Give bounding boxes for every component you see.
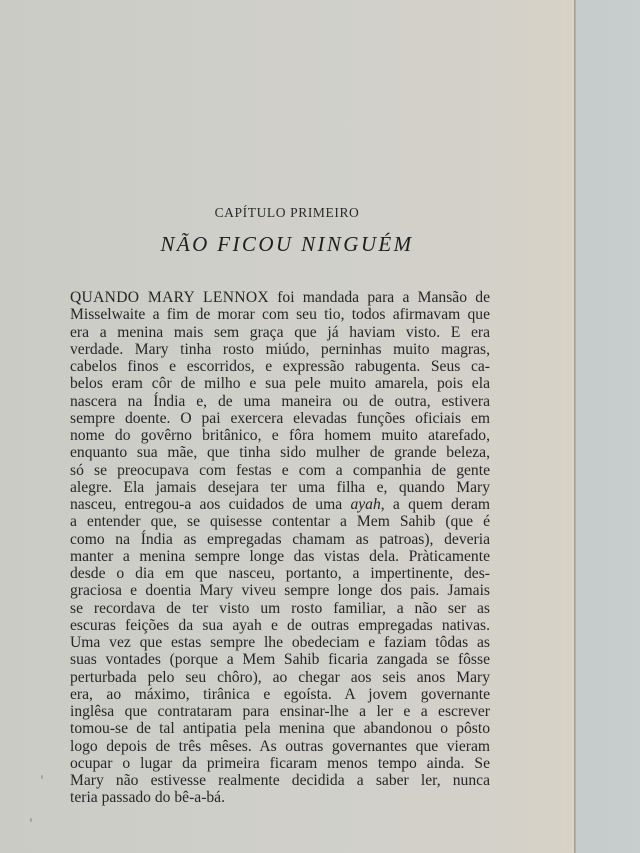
text-line: logo depois de três mêses. As outras gov… (70, 738, 490, 755)
text-line: QUANDO MARY LENNOX foi mandada para a Ma… (70, 289, 490, 306)
text-line: inglêsa que contrataram para ensinar-lhe… (70, 703, 490, 720)
paper-speck (30, 818, 32, 822)
text-line: era a menina mais sem graça que já havia… (70, 324, 490, 341)
text-line: verdade. Mary tinha rosto miúdo, perninh… (70, 341, 490, 358)
text-line: desde o dia em que nasceu, portanto, a i… (70, 565, 490, 582)
chapter-label: CAPÍTULO PRIMEIRO (0, 205, 574, 221)
italic-word-ayah: ayah (350, 496, 380, 513)
text-line: cabelos finos e escorridos, e expressão … (70, 358, 490, 375)
paper-speck (41, 775, 43, 779)
text-line: enquanto sua mãe, que tinha sido mulher … (70, 444, 490, 461)
text-line: só se preocupava com festas e com a comp… (70, 462, 490, 479)
text-line: como na Índia as empregadas chamam as pa… (70, 531, 490, 548)
adjacent-page-edge (576, 0, 640, 853)
text-line: sempre doente. O pai exercera elevadas f… (70, 410, 490, 427)
book-page: CAPÍTULO PRIMEIRO NÃO FICOU NINGUÉM QUAN… (0, 0, 574, 853)
opening-small-caps: QUANDO MARY LENNOX (70, 289, 269, 306)
text-line: a entender que, se quisesse contentar a … (70, 513, 490, 530)
text-line: nasceu, entregou-a aos cuidados de uma a… (70, 496, 490, 513)
text-line: nascera na Índia e, de uma maneira ou de… (70, 393, 490, 410)
chapter-body-paragraph: QUANDO MARY LENNOX foi mandada para a Ma… (70, 289, 490, 807)
text-line: Mary não estivesse realmente decidida a … (70, 772, 490, 789)
text-line: escuras feições da sua ayah e de outras … (70, 617, 490, 634)
text-line: Misselwaite a fim de morar com seu tio, … (70, 306, 490, 323)
text-line: Uma vez que estas sempre lhe obedeciam e… (70, 634, 490, 651)
text-line: teria passado do bê-a-bá. (70, 789, 490, 806)
text-line: se recordava de ter visto um rosto famil… (70, 600, 490, 617)
text-line: perturbada pelo seu chôro), ao chegar ao… (70, 669, 490, 686)
text-line: alegre. Ela jamais desejara ter uma filh… (70, 479, 490, 496)
chapter-title: NÃO FICOU NINGUÉM (0, 232, 574, 257)
text-line: graciosa e doentia Mary viveu sempre lon… (70, 582, 490, 599)
text-line: belos eram côr de milho e sua pele muito… (70, 375, 490, 392)
text-line: ocupar o lugar da primeira ficaram menos… (70, 755, 490, 772)
text-line: suas vontades (porque a Mem Sahib ficari… (70, 651, 490, 668)
text-line: nome do govêrno britânico, e fôra homem … (70, 427, 490, 444)
text-line: manter a menina sempre longe das vistas … (70, 548, 490, 565)
text-line: tomou-se de tal antipatia pela menina qu… (70, 720, 490, 737)
text-line: era, ao máximo, tirânica e egoísta. A jo… (70, 686, 490, 703)
